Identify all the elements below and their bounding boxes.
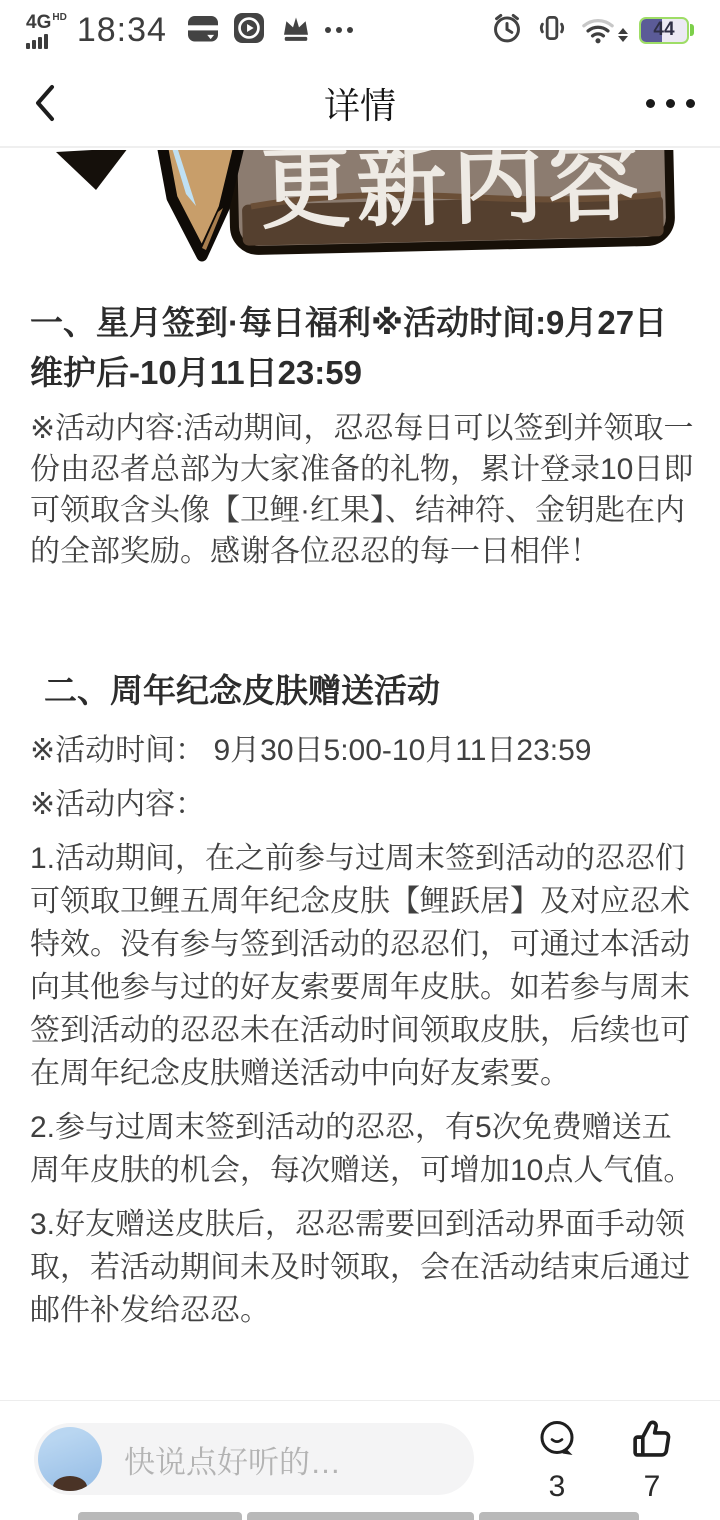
- section1-heading: 一、星月签到·每日福利※活动时间:9月27日维护后-10月11日23:59: [30, 298, 694, 398]
- crown-icon: [277, 10, 315, 51]
- video-app-icon: [231, 10, 267, 51]
- section2-heading: 二、周年纪念皮肤赠送活动: [30, 668, 694, 714]
- battery-percent: 44: [641, 19, 687, 42]
- battery-indicator: 44: [639, 17, 694, 44]
- article-body: 一、星月签到·每日福利※活动时间:9月27日维护后-10月11日23:59 ※活…: [0, 298, 720, 1332]
- avatar: [38, 1427, 102, 1491]
- section2-item-1: 1.活动期间，在之前参与过周末签到活动的忍忍们可领取卫鲤五周年纪念皮肤【鲤跃居】…: [30, 837, 694, 1095]
- section2-time: ※活动时间： 9月30日5:00-10月11日23:59: [30, 730, 694, 772]
- banner-image: 更新内容: [0, 150, 720, 298]
- section2-item-2: 2.参与过周末签到活动的忍忍，有5次免费赠送五周年皮肤的机会，每次赠送，可增加1…: [30, 1106, 694, 1192]
- page-title: 详情: [0, 78, 720, 129]
- sign-text: 更新内容: [260, 150, 646, 240]
- screen: 4G HD 18:34: [0, 0, 720, 1520]
- comments-button[interactable]: 3: [512, 1417, 602, 1504]
- comment-input[interactable]: 快说点好听的…: [34, 1423, 474, 1495]
- clock-time: 18:34: [77, 11, 167, 50]
- status-bar: 4G HD 18:34: [0, 0, 720, 60]
- network-indicator: 4G HD: [26, 13, 67, 49]
- section2-content-label: ※活动内容：: [30, 784, 694, 826]
- like-button[interactable]: 7: [607, 1417, 697, 1504]
- comment-bubble-icon: [534, 1417, 580, 1468]
- section1-body: ※活动内容:活动期间，忍忍每日可以签到并领取一份由忍者总部为大家准备的礼物，累计…: [30, 408, 694, 572]
- comment-placeholder: 快说点好听的…: [124, 1437, 341, 1482]
- vibrate-icon: [535, 11, 569, 50]
- section2-item-3: 3.好友赠送皮肤后，忍忍需要回到活动界面手动领取，若活动期间未及时领取，会在活动…: [30, 1203, 694, 1332]
- wifi-icon: [580, 15, 628, 45]
- cutoff-thumbnails: [0, 1512, 720, 1520]
- thumbs-up-icon: [629, 1417, 675, 1468]
- like-count: 7: [644, 1470, 661, 1504]
- wooden-sign-illustration: 更新内容: [0, 150, 720, 298]
- battery-icon: 44: [639, 17, 689, 44]
- network-type-label: 4G: [26, 13, 51, 32]
- status-left: 4G HD 18:34: [26, 10, 353, 51]
- comment-count: 3: [549, 1470, 566, 1504]
- black-tip-shape: [56, 150, 128, 190]
- card-notification-icon: [185, 10, 221, 51]
- sign-handle-shape: [162, 150, 240, 256]
- alarm-icon: [490, 11, 524, 50]
- nav-bar: 详情: [0, 60, 720, 148]
- status-right: 44: [490, 11, 694, 50]
- more-notifications-icon: [325, 27, 353, 33]
- network-hd-badge: HD: [52, 13, 66, 23]
- signal-bars-icon: [26, 34, 48, 49]
- comment-bar: 快说点好听的… 3 7: [0, 1400, 720, 1520]
